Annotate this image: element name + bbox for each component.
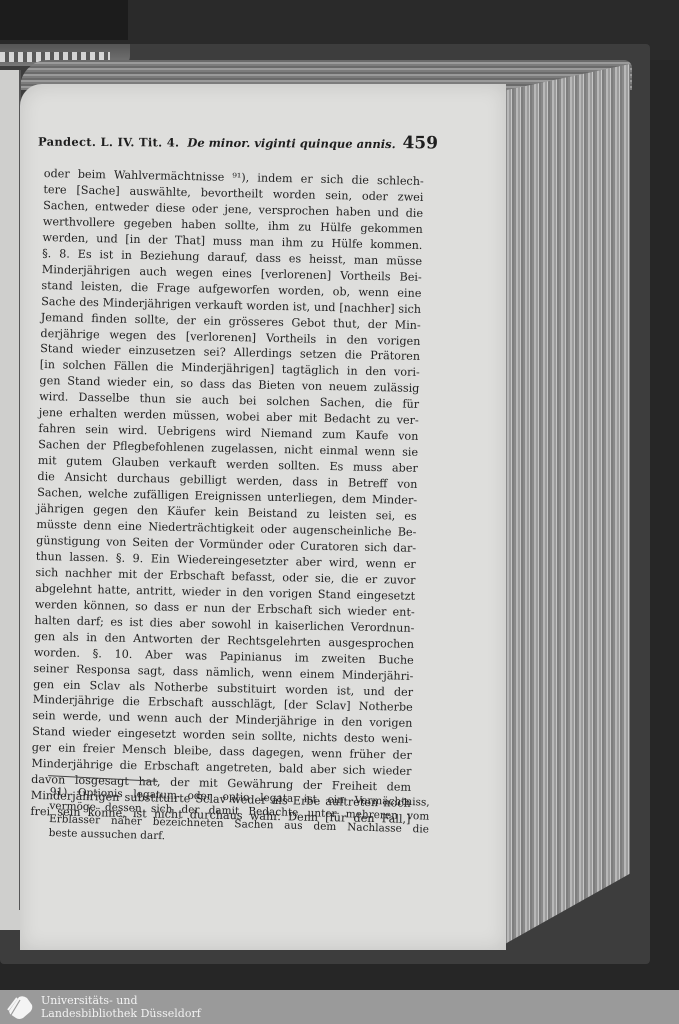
- ulb-book-logo-icon: [5, 993, 35, 1021]
- library-name-line1: Universitäts- und: [41, 994, 201, 1008]
- page-fore-edge: [505, 64, 630, 944]
- page-number: 459: [402, 133, 438, 153]
- library-footer: Universitäts- und Landesbibliothek Düsse…: [0, 990, 679, 1024]
- library-name: Universitäts- und Landesbibliothek Düsse…: [41, 994, 201, 1021]
- library-name-line2: Landesbibliothek Düsseldorf: [41, 1007, 201, 1021]
- footnote: 91) Optionis legatum oder optio legata i…: [48, 786, 429, 851]
- running-head: Pandect. L. IV. Tit. 4. De minor. vigint…: [38, 131, 438, 154]
- background-corner: [0, 0, 128, 40]
- left-page-sliver: [0, 70, 21, 930]
- running-head-reference: Pandect. L. IV. Tit. 4.: [38, 135, 179, 150]
- body-text: oder beim Wahlvermächtnisse ⁹¹), indem e…: [30, 166, 424, 828]
- running-head-title: De minor. viginti quinque annis.: [187, 136, 395, 151]
- gutter-line: [19, 70, 20, 910]
